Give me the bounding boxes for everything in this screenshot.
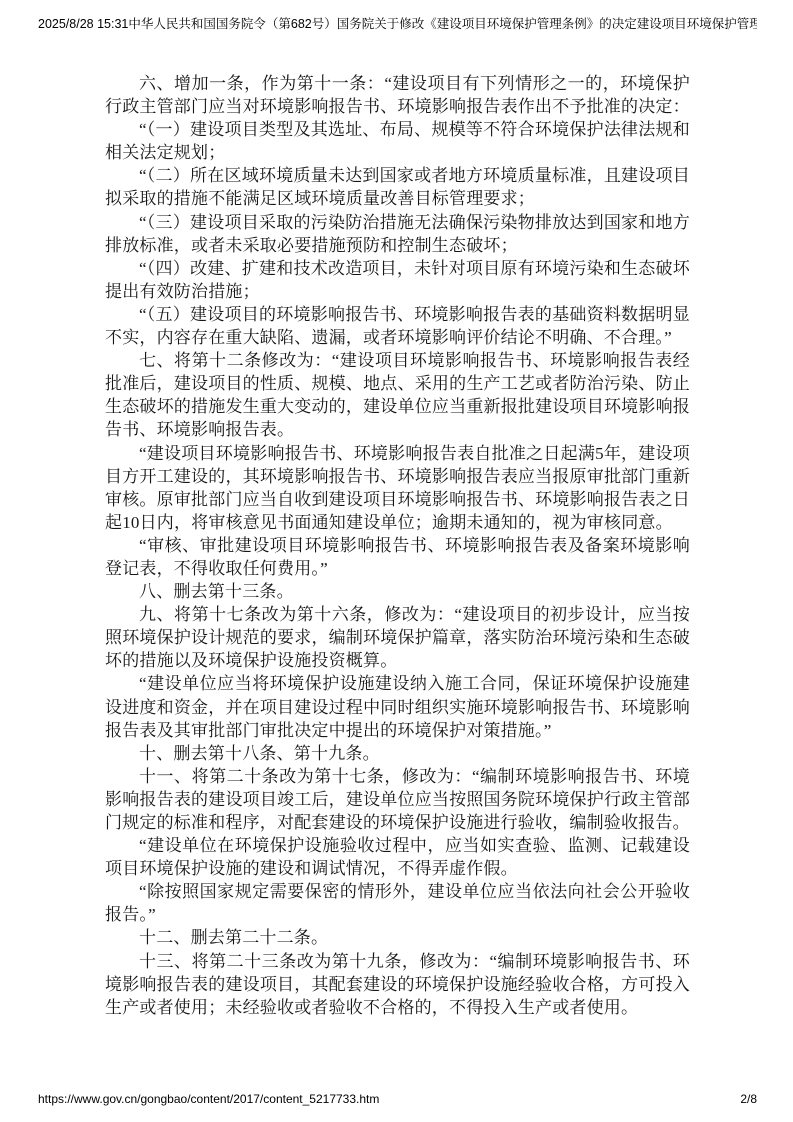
print-timestamp: 2025/8/28 15:31 (38, 17, 128, 31)
doc-title-decision: 国务院关于修改《建设项目环境保护管理条例》的决定 (337, 14, 637, 32)
document-paragraph: 八、删去第十三条。 (105, 580, 690, 603)
document-paragraph: 九、将第十七条改为第十六条，修改为：“建设项目的初步设计，应当按照环境保护设计规… (105, 603, 690, 672)
document-paragraph: “审核、审批建设项目环境影响报告书、环境影响报告表及备案环境影响登记表，不得收取… (105, 534, 690, 580)
document-paragraph: “（二）所在区域环境质量未达到国家或者地方环境质量标准，且建设项目拟采取的措施不… (105, 164, 690, 210)
page-number: 2/8 (740, 1092, 757, 1106)
document-paragraph: 六、增加一条，作为第十一条：“建设项目有下列情形之一的，环境保护行政主管部门应当… (105, 72, 690, 118)
document-body: 六、增加一条，作为第十一条：“建设项目有下列情形之一的，环境保护行政主管部门应当… (105, 72, 690, 1019)
document-paragraph: 十一、将第二十条改为第十七条，修改为：“编制环境影响报告书、环境影响报告表的建设… (105, 765, 690, 834)
source-url: https://www.gov.cn/gongbao/content/2017/… (38, 1092, 379, 1106)
print-footer: https://www.gov.cn/gongbao/content/2017/… (38, 1092, 757, 1106)
doc-title-truncated: 建设项目环境保护管理条... (637, 14, 757, 32)
document-paragraph: “（四）改建、扩建和技术改造项目，未针对项目原有环境污染和生态破坏提出有效防治措… (105, 257, 690, 303)
document-paragraph: 七、将第十二条修改为：“建设项目环境影响报告书、环境影响报告表经批准后，建设项目… (105, 349, 690, 441)
print-page: 2025/8/28 15:31 中华人民共和国国务院令（第682号） 国务院关于… (0, 0, 793, 1122)
document-paragraph: “建设项目环境影响报告书、环境影响报告表自批准之日起满5年，建设项目方开工建设的… (105, 442, 690, 534)
document-paragraph: 十三、将第二十三条改为第十九条，修改为：“编制环境影响报告书、环境影响报告表的建… (105, 950, 690, 1019)
document-paragraph: 十、删去第十八条、第十九条。 (105, 742, 690, 765)
document-paragraph: 十二、删去第二十二条。 (105, 926, 690, 949)
document-paragraph: “除按照国家规定需要保密的情形外，建设单位应当依法向社会公开验收报告。” (105, 880, 690, 926)
document-paragraph: “建设单位应当将环境保护设施建设纳入施工合同，保证环境保护设施建设进度和资金，并… (105, 672, 690, 741)
document-paragraph: “（五）建设项目的环境影响报告书、环境影响报告表的基础资料数据明显不实，内容存在… (105, 303, 690, 349)
document-paragraph: “（三）建设项目采取的污染防治措施无法确保污染物排放达到国家和地方排放标准，或者… (105, 211, 690, 257)
document-paragraph: “（一）建设项目类型及其选址、布局、规模等不符合环境保护法律法规和相关法定规划； (105, 118, 690, 164)
doc-title-decree: 中华人民共和国国务院令（第682号） (128, 14, 336, 32)
document-paragraph: “建设单位在环境保护设施验收过程中，应当如实查验、监测、记载建设项目环境保护设施… (105, 834, 690, 880)
print-header: 2025/8/28 15:31 中华人民共和国国务院令（第682号） 国务院关于… (38, 14, 757, 32)
